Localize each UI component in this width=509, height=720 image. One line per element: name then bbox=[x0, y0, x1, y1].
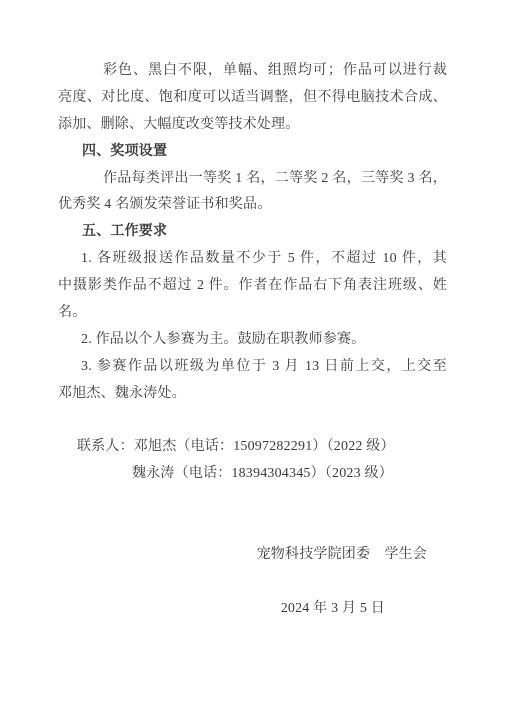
contact-line-1: 联系人：邓旭杰（电话：15097282291）（2022 级） bbox=[58, 434, 447, 461]
document-page: 彩色、黑白不限，单幅、组照均可；作品可以进行裁剪， 亮度、对比度、饱和度可以适当… bbox=[0, 0, 509, 720]
blank-line bbox=[58, 408, 447, 435]
contact-line-2: 魏永涛（电话：18394304345）（2023 级） bbox=[58, 461, 447, 488]
list-item-line: 1. 各班级报送作品数量不少于 5 件，不超过 10 件，其 bbox=[58, 246, 447, 273]
body-line: 中摄影类作品不超过 2 件。作者在作品右下角表注班级、姓 bbox=[58, 273, 447, 300]
body-line: 亮度、对比度、饱和度可以适当调整，但不得电脑技术合成、 bbox=[58, 85, 447, 112]
body-line: 作品每类评出一等奖 1 名，二等奖 2 名，三等奖 3 名， bbox=[58, 166, 447, 193]
list-item-line: 2. 作品以个人参赛为主。鼓励在职教师参赛。 bbox=[58, 327, 447, 354]
body-line: 名。 bbox=[58, 300, 447, 327]
list-item-line: 3. 参赛作品以班级为单位于 3 月 13 日前上交，上交至 bbox=[58, 354, 447, 381]
body-line: 优秀奖 4 名颁发荣誉证书和奖品。 bbox=[58, 192, 447, 219]
signature-line: 宠物科技学院团委 学生会 bbox=[58, 542, 447, 569]
blank-line bbox=[58, 515, 447, 542]
section-heading-requirements: 五、工作要求 bbox=[58, 219, 447, 246]
date-line: 2024 年 3 月 5 日 bbox=[58, 596, 447, 623]
blank-line bbox=[58, 488, 447, 515]
document-body: 彩色、黑白不限，单幅、组照均可；作品可以进行裁剪， 亮度、对比度、饱和度可以适当… bbox=[58, 58, 447, 623]
body-line: 添加、删除、大幅度改变等技术处理。 bbox=[58, 112, 447, 139]
body-line: 彩色、黑白不限，单幅、组照均可；作品可以进行裁剪， bbox=[58, 58, 447, 85]
body-line: 邓旭杰、魏永涛处。 bbox=[58, 381, 447, 408]
blank-line bbox=[58, 569, 447, 596]
section-heading-awards: 四、奖项设置 bbox=[58, 139, 447, 166]
